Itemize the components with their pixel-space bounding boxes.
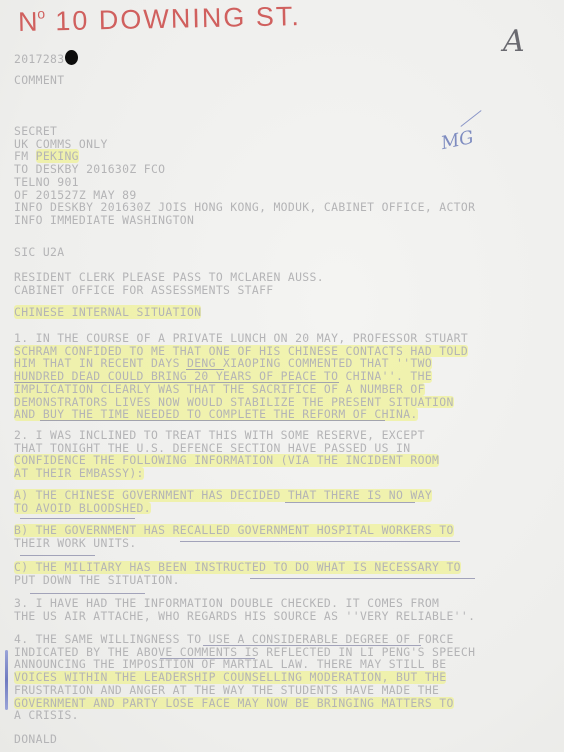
comment-label: COMMENT	[14, 74, 64, 87]
pen-underline	[30, 593, 145, 594]
reference-number: 2017283	[14, 53, 64, 66]
item-b-line: B) THE GOVERNMENT HAS RECALLED GOVERNMEN…	[14, 524, 454, 537]
pen-underline	[160, 658, 255, 659]
para-1-line: 1. IN THE COURSE OF A PRIVATE LUNCH ON 2…	[14, 332, 468, 345]
pen-underline	[250, 578, 475, 579]
para-4-line: GOVERNMENT AND PARTY LOSE FACE MAY NOW B…	[14, 697, 454, 710]
margin-sideline	[5, 650, 8, 710]
telno-line: TELNO 901	[14, 176, 79, 189]
item-a-line: A) THE CHINESE GOVERNMENT HAS DECIDED TH…	[14, 489, 432, 502]
para-1-line: AND BUY THE TIME NEEDED TO COMPLETE THE …	[14, 408, 418, 421]
pen-underline	[285, 502, 415, 503]
para-1-line: IMPLICATION CLEARLY WAS THAT THE SACRIFI…	[14, 383, 425, 396]
sic-line: SIC U2A	[14, 246, 64, 259]
para-4-line: 4. THE SAME WILLINGNESS TO USE A CONSIDE…	[14, 633, 454, 646]
item-c-line: PUT DOWN THE SITUATION.	[14, 574, 180, 587]
telegram-page: No10 DOWNING ST. A MG 2017283 COMMENT SE…	[0, 0, 564, 752]
pen-underline	[180, 541, 460, 542]
para-1-line: HUNDRED DEAD COULD BRING 20 YEARS OF PEA…	[14, 370, 432, 383]
para-2-line: AT THEIR EMBASSY):	[14, 467, 144, 480]
routing-line-1: RESIDENT CLERK PLEASE PASS TO MCLAREN AU…	[14, 271, 324, 284]
pen-underline	[14, 382, 339, 383]
initials-stroke	[460, 110, 481, 127]
pen-underline	[20, 555, 95, 556]
to-line: TO DESKBY 201630Z FCO	[14, 163, 165, 176]
handwritten-header: No10 DOWNING ST.	[18, 0, 301, 38]
folio-mark: A	[503, 24, 525, 59]
info-line-1: INFO DESKBY 201630Z JOIS HONG KONG, MODU…	[14, 201, 475, 214]
signature: DONALD	[14, 733, 57, 746]
item-c-line: C) THE MILITARY HAS BEEN INSTRUCTED TO D…	[14, 561, 461, 574]
item-a-line: TO AVOID BLOODSHED.	[14, 502, 151, 515]
handwritten-initials: MG	[439, 127, 475, 154]
routing-line-2: CABINET OFFICE FOR ASSESSMENTS STAFF	[14, 284, 273, 297]
subject-line: CHINESE INTERNAL SITUATION	[14, 306, 201, 319]
info-line-2: INFO IMMEDIATE WASHINGTON	[14, 214, 194, 227]
item-b-line: THEIR WORK UNITS.	[14, 537, 137, 550]
para-3-line: THE US AIR ATTACHE, WHO REGARDS HIS SOUR…	[14, 610, 475, 623]
pen-underline	[203, 645, 421, 646]
pen-underline	[20, 518, 135, 519]
pen-underline	[186, 369, 224, 370]
para-2-line: 2. I WAS INCLINED TO TREAT THIS WITH SOM…	[14, 429, 425, 442]
para-4-line: VOICES WITHIN THE LEADERSHIP COUNSELLING…	[14, 671, 446, 684]
para-3-line: 3. I HAVE HAD THE INFORMATION DOUBLE CHE…	[14, 597, 439, 610]
para-4-line: A CRISIS.	[14, 709, 79, 722]
para-4-line: FRUSTRATION AND ANGER AT THE WAY THE STU…	[14, 684, 439, 697]
ink-blot	[65, 50, 78, 65]
classification: SECRET	[14, 125, 57, 138]
pen-underline	[40, 420, 385, 421]
